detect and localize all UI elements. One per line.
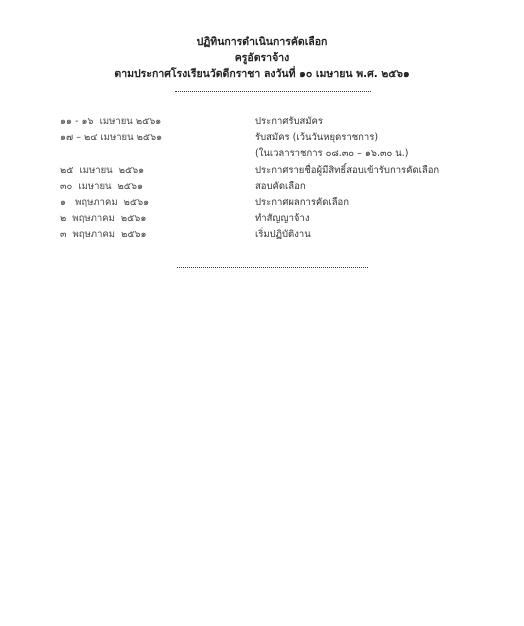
schedule-event: ทำสัญญาจ้าง xyxy=(255,211,309,227)
schedule-row: ๑๑ - ๑๖ เมษายน ๒๕๖๑ ประกาศรับสมัคร xyxy=(60,114,480,130)
schedule-event-note: (ในเวลาราชการ ๐๘.๓๐ – ๑๖.๓๐ น.) xyxy=(255,146,409,162)
schedule-date: ๒๕ เมษายน ๒๕๖๑ xyxy=(60,163,144,179)
schedule-event: ประกาศรับสมัคร xyxy=(255,114,323,130)
announcement-reference: ตามประกาศโรงเรียนวัดดีกราชา ลงวันที่ ๑๐ … xyxy=(0,66,524,82)
schedule-row: ๑๗ – ๒๔ เมษายน ๒๕๖๑ รับสมัคร (เว้นวันหยุ… xyxy=(60,130,480,146)
document-header: ปฏิทินการดำเนินการคัดเลือก ครูอัตราจ้าง … xyxy=(0,34,524,82)
schedule-row: ๓ พฤษภาคม ๒๕๖๑ เริ่มปฏิบัติงาน xyxy=(60,227,480,243)
schedule-row: ๓๐ เมษายน ๒๕๖๑ สอบคัดเลือก xyxy=(60,179,480,195)
schedule-date: ๓ พฤษภาคม ๒๕๖๑ xyxy=(60,227,147,243)
schedule-event: ประกาศผลการคัดเลือก xyxy=(255,195,349,211)
schedule-list: ๑๑ - ๑๖ เมษายน ๒๕๖๑ ประกาศรับสมัคร ๑๗ – … xyxy=(60,114,480,244)
footer-dotted-divider xyxy=(177,267,368,268)
schedule-date: ๑๑ - ๑๖ เมษายน ๒๕๖๑ xyxy=(60,114,161,130)
schedule-row: ๒๕ เมษายน ๒๕๖๑ ประกาศรายชื่อผู้มีสิทธิ์ส… xyxy=(60,163,480,179)
header-dotted-divider xyxy=(175,91,371,92)
schedule-date: ๑ พฤษภาคม ๒๕๖๑ xyxy=(60,195,149,211)
schedule-date: ๑๗ – ๒๔ เมษายน ๒๕๖๑ xyxy=(60,130,162,146)
document-title: ปฏิทินการดำเนินการคัดเลือก xyxy=(0,34,524,50)
schedule-event: เริ่มปฏิบัติงาน xyxy=(255,227,311,243)
schedule-row: (ในเวลาราชการ ๐๘.๓๐ – ๑๖.๓๐ น.) xyxy=(60,146,480,162)
schedule-event: รับสมัคร (เว้นวันหยุดราชการ) xyxy=(255,130,378,146)
schedule-row: ๑ พฤษภาคม ๒๕๖๑ ประกาศผลการคัดเลือก xyxy=(60,195,480,211)
schedule-row: ๒ พฤษภาคม ๒๕๖๑ ทำสัญญาจ้าง xyxy=(60,211,480,227)
document-subtitle: ครูอัตราจ้าง xyxy=(0,50,524,66)
schedule-event: สอบคัดเลือก xyxy=(255,179,306,195)
schedule-date: ๒ พฤษภาคม ๒๕๖๑ xyxy=(60,211,146,227)
schedule-event: ประกาศรายชื่อผู้มีสิทธิ์สอบเข้ารับการคัด… xyxy=(255,163,439,179)
schedule-date: ๓๐ เมษายน ๒๕๖๑ xyxy=(60,179,143,195)
